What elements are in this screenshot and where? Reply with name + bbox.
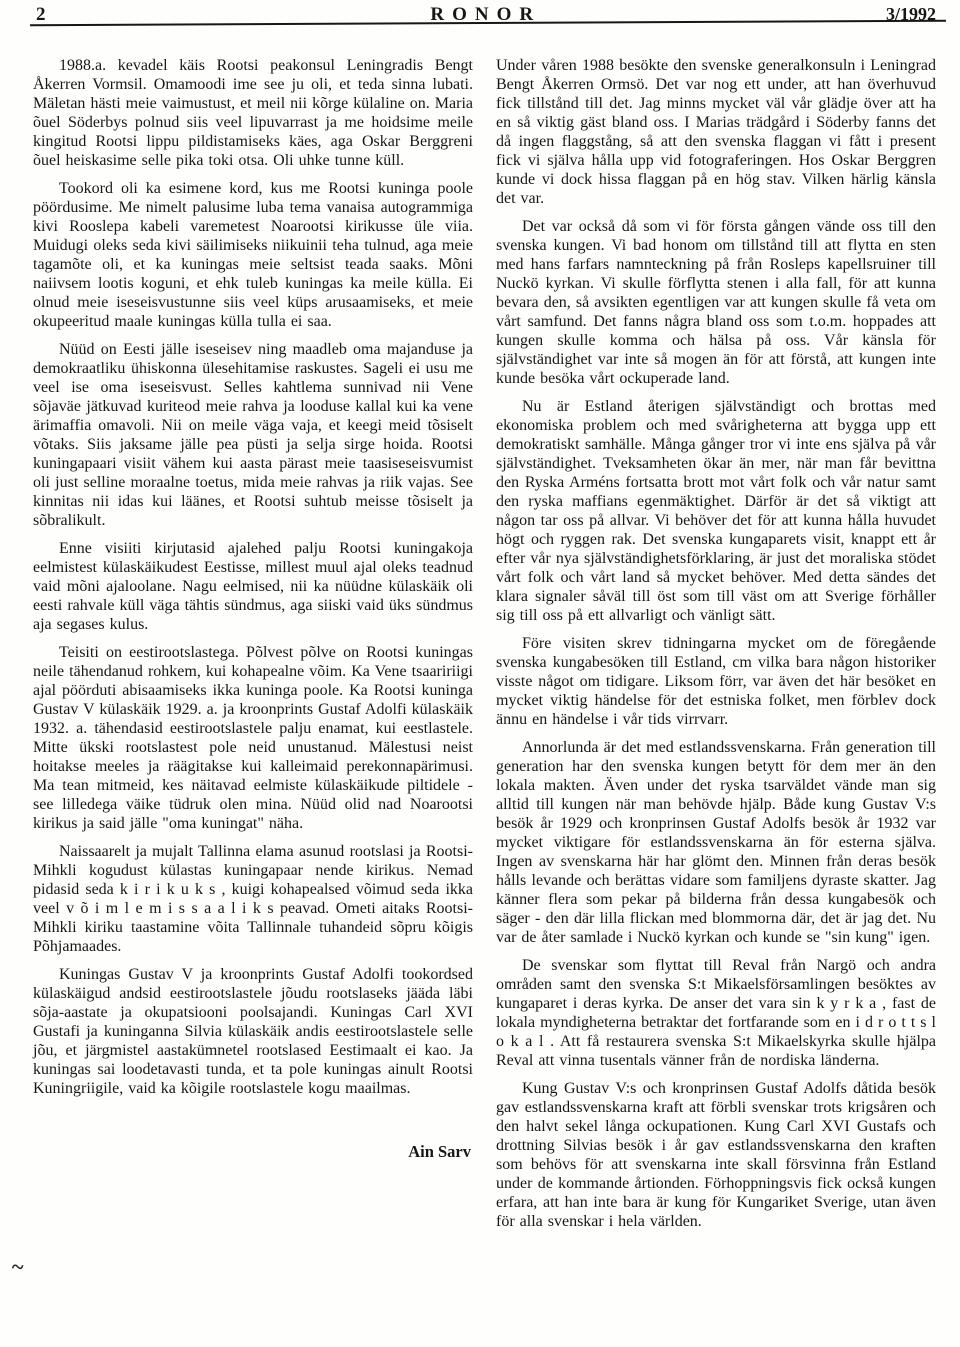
paragraph: Det var också då som vi för första gånge… [496,217,936,388]
paragraph: Kung Gustav V:s och kronprinsen Gustaf A… [496,1079,936,1231]
paragraph: De svenskar som flyttat till Reval från … [496,956,936,1070]
journal-page: 2 RONOR 3/1992 1988.a. kevadel käis Root… [0,0,960,1347]
estonian-column: 1988.a. kevadel käis Rootsi peakonsul Le… [33,56,473,1240]
paragraph: Kuningas Gustav V ja kroonprints Gustaf … [33,965,473,1098]
paragraph: Teisiti on eestirootslastega. Põlvest põ… [33,643,473,833]
paragraph: Annorlunda är det med estlandssvenskarna… [496,738,936,947]
paragraph: Före visiten skrev tidningarna mycket om… [496,634,936,729]
author-signature: Ain Sarv [33,1142,473,1162]
paragraph: Tookord oli ka esimene kord, kus me Root… [33,179,473,331]
paragraph: 1988.a. kevadel käis Rootsi peakonsul Le… [33,56,473,170]
article-body: 1988.a. kevadel käis Rootsi peakonsul Le… [33,56,936,1240]
page-number: 2 [36,4,46,26]
paragraph: Naissaarelt ja mujalt Tallinna elama asu… [33,842,473,956]
paragraph: Nüüd on Eesti jälle iseseisev ning maadl… [33,340,473,530]
paragraph: Enne visiiti kirjutasid ajalehed palju R… [33,539,473,634]
pen-mark: ~ [11,1253,25,1280]
swedish-column: Under våren 1988 besökte den svenske gen… [496,56,936,1240]
paragraph: Under våren 1988 besökte den svenske gen… [496,56,936,208]
paragraph: Nu är Estland återigen självständigt och… [496,397,936,625]
